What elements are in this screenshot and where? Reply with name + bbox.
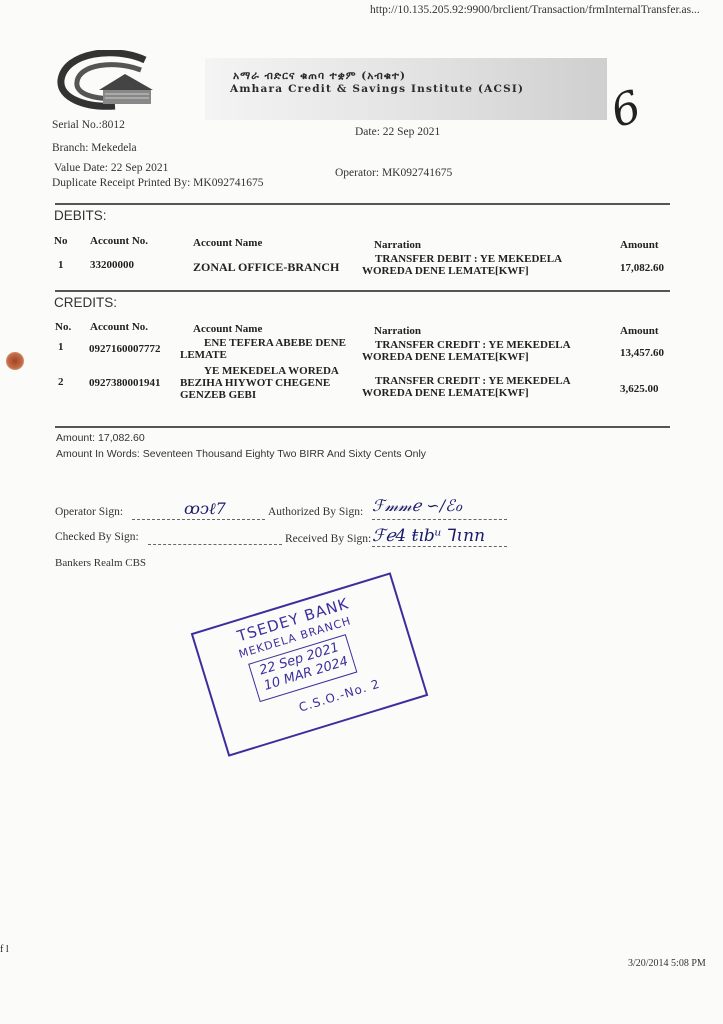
debit-col-no: No bbox=[54, 235, 67, 247]
credit-narration-line2: WOREDA DENE LEMATE[KWF] bbox=[362, 387, 529, 399]
operator-sign-line bbox=[132, 519, 265, 520]
received-sign-line bbox=[372, 546, 507, 547]
credit-col-amount: Amount bbox=[620, 325, 659, 337]
total-amount: Amount: 17,082.60 bbox=[56, 432, 145, 444]
operator-sign-label: Operator Sign: bbox=[55, 506, 123, 518]
branch: Branch: Mekedela bbox=[52, 142, 137, 154]
credit-account-name-line2: LEMATE bbox=[180, 349, 227, 361]
print-timestamp: 3/20/2014 5:08 PM bbox=[628, 958, 706, 969]
debit-account-no: 33200000 bbox=[90, 259, 134, 271]
credit-account-name-line3: GENZEB GEBI bbox=[180, 389, 256, 401]
credits-title: CREDITS: bbox=[54, 295, 117, 310]
credit-no: 2 bbox=[58, 376, 64, 388]
operator: Operator: MK092741675 bbox=[335, 167, 452, 179]
print-url: http://10.135.205.92:9900/brclient/Trans… bbox=[370, 4, 700, 16]
debit-narration-line1: TRANSFER DEBIT : YE MEKEDELA bbox=[375, 253, 562, 265]
credit-col-no: No. bbox=[55, 321, 71, 333]
institution-banner: አማራ ብድርና ቁጠባ ተቋም (አብቁተ) Amhara Credit & … bbox=[205, 58, 607, 120]
checked-sign-line bbox=[148, 544, 282, 545]
credit-account-no: 0927380001941 bbox=[89, 377, 161, 389]
debit-narration-line2: WOREDA DENE LEMATE[KWF] bbox=[362, 265, 529, 277]
authorized-signature: ℱ𝓂𝓂ℯ ∽/ℰℴ bbox=[372, 496, 462, 516]
receipt-date: Date: 22 Sep 2021 bbox=[355, 126, 440, 138]
serial-number: Serial No.:8012 bbox=[52, 119, 125, 131]
acsi-logo-icon bbox=[55, 50, 155, 112]
received-signature: ℱℯ4 ŧıbᵘ ⅂ɩnn bbox=[372, 526, 485, 546]
debits-title: DEBITS: bbox=[54, 208, 107, 223]
bank-stamp: TSEDEY BANK MEKDELA BRANCH 22 Sep 2021 1… bbox=[191, 572, 429, 756]
credit-col-account-no: Account No. bbox=[90, 321, 148, 333]
debit-col-account-no: Account No. bbox=[90, 235, 148, 247]
value-date: Value Date: 22 Sep 2021 bbox=[54, 162, 168, 174]
duplicate-printed-by: Duplicate Receipt Printed By: MK09274167… bbox=[52, 177, 263, 189]
credit-col-account-name: Account Name bbox=[193, 323, 262, 335]
credit-account-name-line1: ENE TEFERA ABEBE DENE bbox=[204, 337, 346, 349]
authorized-sign-label: Authorized By Sign: bbox=[268, 506, 363, 518]
edge-mark: f l bbox=[0, 944, 9, 955]
received-sign-label: Received By Sign: bbox=[285, 533, 371, 545]
credit-narration-line1: TRANSFER CREDIT : YE MEKEDELA bbox=[375, 375, 571, 387]
divider bbox=[55, 203, 670, 205]
debit-amount: 17,082.60 bbox=[620, 262, 664, 274]
credit-amount: 3,625.00 bbox=[620, 383, 659, 395]
checked-sign-label: Checked By Sign: bbox=[55, 531, 139, 543]
handwritten-page-number: 6 bbox=[605, 81, 647, 138]
credit-account-name-line1: YE MEKEDELA WOREDA bbox=[204, 365, 339, 377]
credit-narration-line2: WOREDA DENE LEMATE[KWF] bbox=[362, 351, 529, 363]
system-name: Bankers Realm CBS bbox=[55, 557, 146, 569]
credit-account-name-line2: BEZIHA HIYWOT CHEGENE bbox=[180, 377, 330, 389]
debit-col-account-name: Account Name bbox=[193, 237, 262, 249]
debit-col-amount: Amount bbox=[620, 239, 659, 251]
institution-name-english: Amhara Credit & Savings Institute (ACSI) bbox=[230, 83, 524, 95]
credit-account-no: 0927160007772 bbox=[89, 343, 161, 355]
credit-amount: 13,457.60 bbox=[620, 347, 664, 359]
divider bbox=[55, 290, 670, 292]
punch-hole bbox=[6, 352, 24, 370]
divider bbox=[55, 426, 670, 428]
authorized-sign-line bbox=[372, 519, 507, 520]
operator-signature: ꝏↄℓ7 bbox=[184, 499, 226, 519]
debit-col-narration: Narration bbox=[374, 239, 421, 251]
credit-no: 1 bbox=[58, 341, 64, 353]
institution-name-amharic: አማራ ብድርና ቁጠባ ተቋም (አብቁተ) bbox=[233, 70, 406, 83]
debit-account-name: ZONAL OFFICE-BRANCH bbox=[193, 261, 339, 273]
credit-narration-line1: TRANSFER CREDIT : YE MEKEDELA bbox=[375, 339, 571, 351]
debit-no: 1 bbox=[58, 259, 64, 271]
credit-col-narration: Narration bbox=[374, 325, 421, 337]
amount-in-words: Amount In Words: Seventeen Thousand Eigh… bbox=[56, 448, 426, 460]
